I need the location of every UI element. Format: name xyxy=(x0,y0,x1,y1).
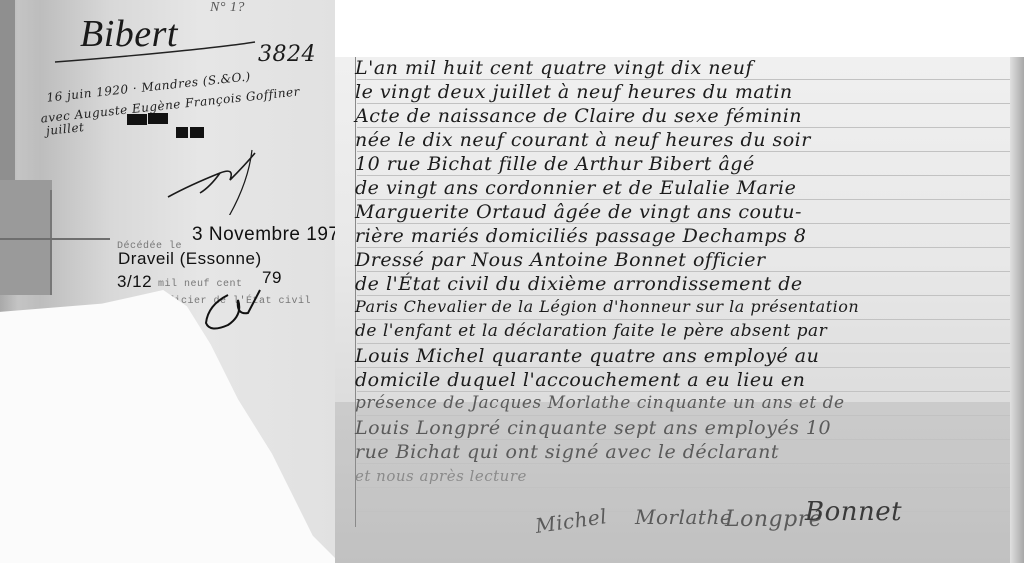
register-line-9: Dressé par Nous Antoine Bonnet officier xyxy=(355,249,766,271)
initials-signature-2 xyxy=(198,285,268,335)
register-line-3: Acte de naissance de Claire du sexe fémi… xyxy=(355,105,802,127)
marriage-note-line3: juillet xyxy=(45,120,85,138)
register-line-8: rière mariés domiciliés passage Dechamps… xyxy=(355,225,806,247)
signature-witness-1: Morlathe xyxy=(635,505,732,529)
register-line-10: de l'État civil du dixième arrondissemen… xyxy=(355,273,803,295)
page-edge xyxy=(1010,57,1024,563)
register-line-2: le vingt deux juillet à neuf heures du m… xyxy=(355,81,793,103)
death-date: 3 Novembre 1979 xyxy=(192,224,351,246)
register-line-16: Louis Longpré cinquante sept ans employé… xyxy=(355,417,831,439)
initials-signature-1 xyxy=(160,145,260,215)
register-line-6: de vingt ans cordonnier et de Eulalie Ma… xyxy=(355,177,796,199)
fragment-rule xyxy=(0,238,110,240)
register-line-18: et nous après lecture xyxy=(355,467,527,485)
register-line-11: Paris Chevalier de la Légion d'honneur s… xyxy=(355,297,859,316)
scanned-register-page: N° 1? Bibert 3824 16 juin 1920 · Mandres… xyxy=(0,0,1024,563)
register-line-15: présence de Jacques Morlathe cinquante u… xyxy=(355,393,845,413)
redaction-block xyxy=(176,127,188,138)
redaction-block xyxy=(190,127,204,138)
register-line-5: 10 rue Bichat fille de Arthur Bibert âgé xyxy=(355,153,755,175)
surname-underline-flourish xyxy=(50,20,260,70)
signature-officer: Bonnet xyxy=(805,497,902,527)
binding-shadow xyxy=(0,0,15,180)
stamp-reference: N° 1? xyxy=(210,0,245,16)
death-place: Draveil (Essonne) xyxy=(118,249,262,269)
register-line-1: L'an mil huit cent quatre vingt dix neuf xyxy=(355,57,753,79)
register-entry: L'an mil huit cent quatre vingt dix neuf… xyxy=(335,57,1024,563)
redaction-block xyxy=(148,113,168,124)
register-line-13: Louis Michel quarante quatre ans employé… xyxy=(355,345,819,367)
register-line-7: Marguerite Ortaud âgée de vingt ans cout… xyxy=(355,201,802,223)
fragment-rule xyxy=(50,190,52,295)
register-line-14: domicile duquel l'accouchement a eu lieu… xyxy=(355,369,805,391)
register-line-17: rue Bichat qui ont signé avec le déclara… xyxy=(355,441,779,463)
blank-area xyxy=(335,0,1024,57)
register-line-4: née le dix neuf courant à neuf heures du… xyxy=(355,129,811,151)
register-line-12: de l'enfant et la déclaration faite le p… xyxy=(355,321,827,341)
redaction-block xyxy=(127,114,147,125)
acte-number: 3824 xyxy=(258,42,316,67)
death-registration-number: 3/12 xyxy=(117,272,152,292)
